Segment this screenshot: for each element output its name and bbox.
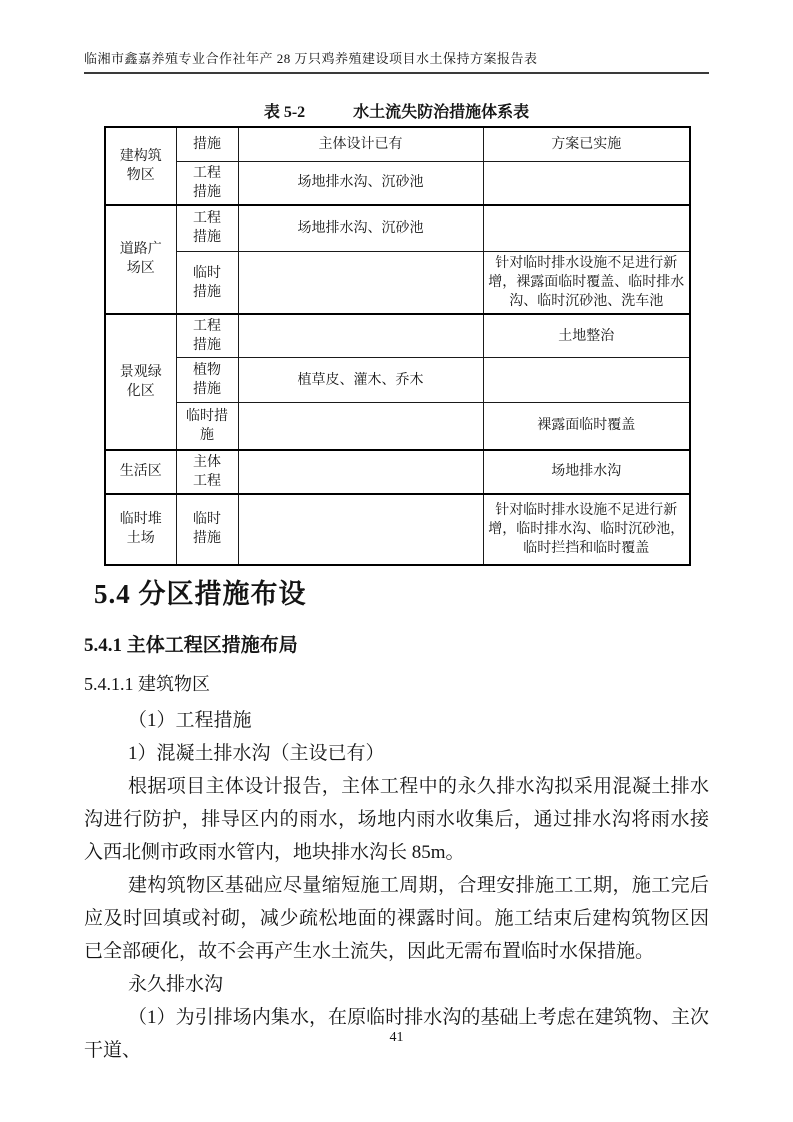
- table-row: 植物 措施 植草皮、灌木、乔木: [105, 358, 690, 403]
- implemented-cell: 裸露面临时覆盖: [483, 403, 690, 450]
- designed-cell: [238, 252, 483, 315]
- implemented-cell: 场地排水沟: [483, 450, 690, 494]
- subsubsection-heading: 5.4.1.1 建筑物区: [84, 674, 709, 695]
- zone-cell: 建构筑 物区: [105, 127, 176, 205]
- designed-cell: 场地排水沟、沉砂池: [238, 205, 483, 252]
- document-page: 临湘市鑫嘉养殖专业合作社年产 28 万只鸡养殖建设项目水土保持方案报告表 表 5…: [0, 0, 793, 1122]
- table-row: 道路广 场区 工程 措施 场地排水沟、沉砂池: [105, 205, 690, 252]
- paragraph: 永久排水沟: [84, 968, 709, 1001]
- measure-cell: 临时 措施: [176, 252, 238, 315]
- designed-cell: [238, 403, 483, 450]
- measures-table: 建构筑 物区 措施 主体设计已有 方案已实施 工程 措施 场地排水沟、沉砂池 道…: [104, 126, 691, 566]
- designed-cell: 植草皮、灌木、乔木: [238, 358, 483, 403]
- implemented-cell: 针对临时排水设施不足进行新增，临时排水沟、临时沉砂池，临时拦挡和临时覆盖: [483, 494, 690, 565]
- table-row: 临时堆 土场 临时 措施 针对临时排水设施不足进行新增，临时排水沟、临时沉砂池，…: [105, 494, 690, 565]
- zone-cell: 生活区: [105, 450, 176, 494]
- measure-cell: 工程 措施: [176, 161, 238, 205]
- paragraph: 1）混凝土排水沟（主设已有）: [84, 737, 709, 770]
- column-header-implemented: 方案已实施: [483, 127, 690, 161]
- implemented-cell: [483, 205, 690, 252]
- body-text: （1）工程措施 1）混凝土排水沟（主设已有） 根据项目主体设计报告，主体工程中的…: [84, 704, 709, 1067]
- implemented-cell: 土地整治: [483, 314, 690, 358]
- zone-cell: 景观绿 化区: [105, 314, 176, 450]
- measure-cell: 临时措 施: [176, 403, 238, 450]
- zone-cell: 道路广 场区: [105, 205, 176, 315]
- table-row: 工程 措施 场地排水沟、沉砂池: [105, 161, 690, 205]
- table-caption: 表 5-2 水土流失防治措施体系表: [84, 103, 709, 123]
- implemented-cell: 针对临时排水设施不足进行新增，裸露面临时覆盖、临时排水沟、临时沉砂池、洗车池: [483, 252, 690, 315]
- paragraph: 根据项目主体设计报告，主体工程中的永久排水沟拟采用混凝土排水沟进行防护，排导区内…: [84, 770, 709, 869]
- page-number: 41: [0, 1030, 793, 1046]
- implemented-cell: [483, 358, 690, 403]
- measure-cell: 工程 措施: [176, 205, 238, 252]
- table-row: 景观绿 化区 工程 措施 土地整治: [105, 314, 690, 358]
- table-caption-label: 表 5-2: [264, 103, 305, 123]
- paragraph: 建构筑物区基础应尽量缩短施工周期，合理安排施工工期，施工完后应及时回填或衬砌，减…: [84, 869, 709, 968]
- measure-cell: 工程 措施: [176, 314, 238, 358]
- table-row: 生活区 主体 工程 场地排水沟: [105, 450, 690, 494]
- subsection-heading: 5.4.1 主体工程区措施布局: [84, 635, 709, 657]
- page-content: 表 5-2 水土流失防治措施体系表 建构筑 物区 措施 主体设计已有 方案已实施…: [84, 103, 709, 1067]
- table-caption-title: 水土流失防治措施体系表: [353, 103, 529, 123]
- column-header-measure: 措施: [176, 127, 238, 161]
- column-header-designed: 主体设计已有: [238, 127, 483, 161]
- measure-cell: 植物 措施: [176, 358, 238, 403]
- implemented-cell: [483, 161, 690, 205]
- measure-cell: 临时 措施: [176, 494, 238, 565]
- table-header-row: 建构筑 物区 措施 主体设计已有 方案已实施: [105, 127, 690, 161]
- designed-cell: [238, 450, 483, 494]
- measure-cell: 主体 工程: [176, 450, 238, 494]
- zone-cell: 临时堆 土场: [105, 494, 176, 565]
- designed-cell: [238, 314, 483, 358]
- section-heading: 5.4 分区措施布设: [94, 579, 709, 609]
- designed-cell: [238, 494, 483, 565]
- designed-cell: 场地排水沟、沉砂池: [238, 161, 483, 205]
- table-row: 临时 措施 针对临时排水设施不足进行新增，裸露面临时覆盖、临时排水沟、临时沉砂池…: [105, 252, 690, 315]
- paragraph: （1）工程措施: [84, 704, 709, 737]
- table-row: 临时措 施 裸露面临时覆盖: [105, 403, 690, 450]
- running-header: 临湘市鑫嘉养殖专业合作社年产 28 万只鸡养殖建设项目水土保持方案报告表: [84, 50, 709, 74]
